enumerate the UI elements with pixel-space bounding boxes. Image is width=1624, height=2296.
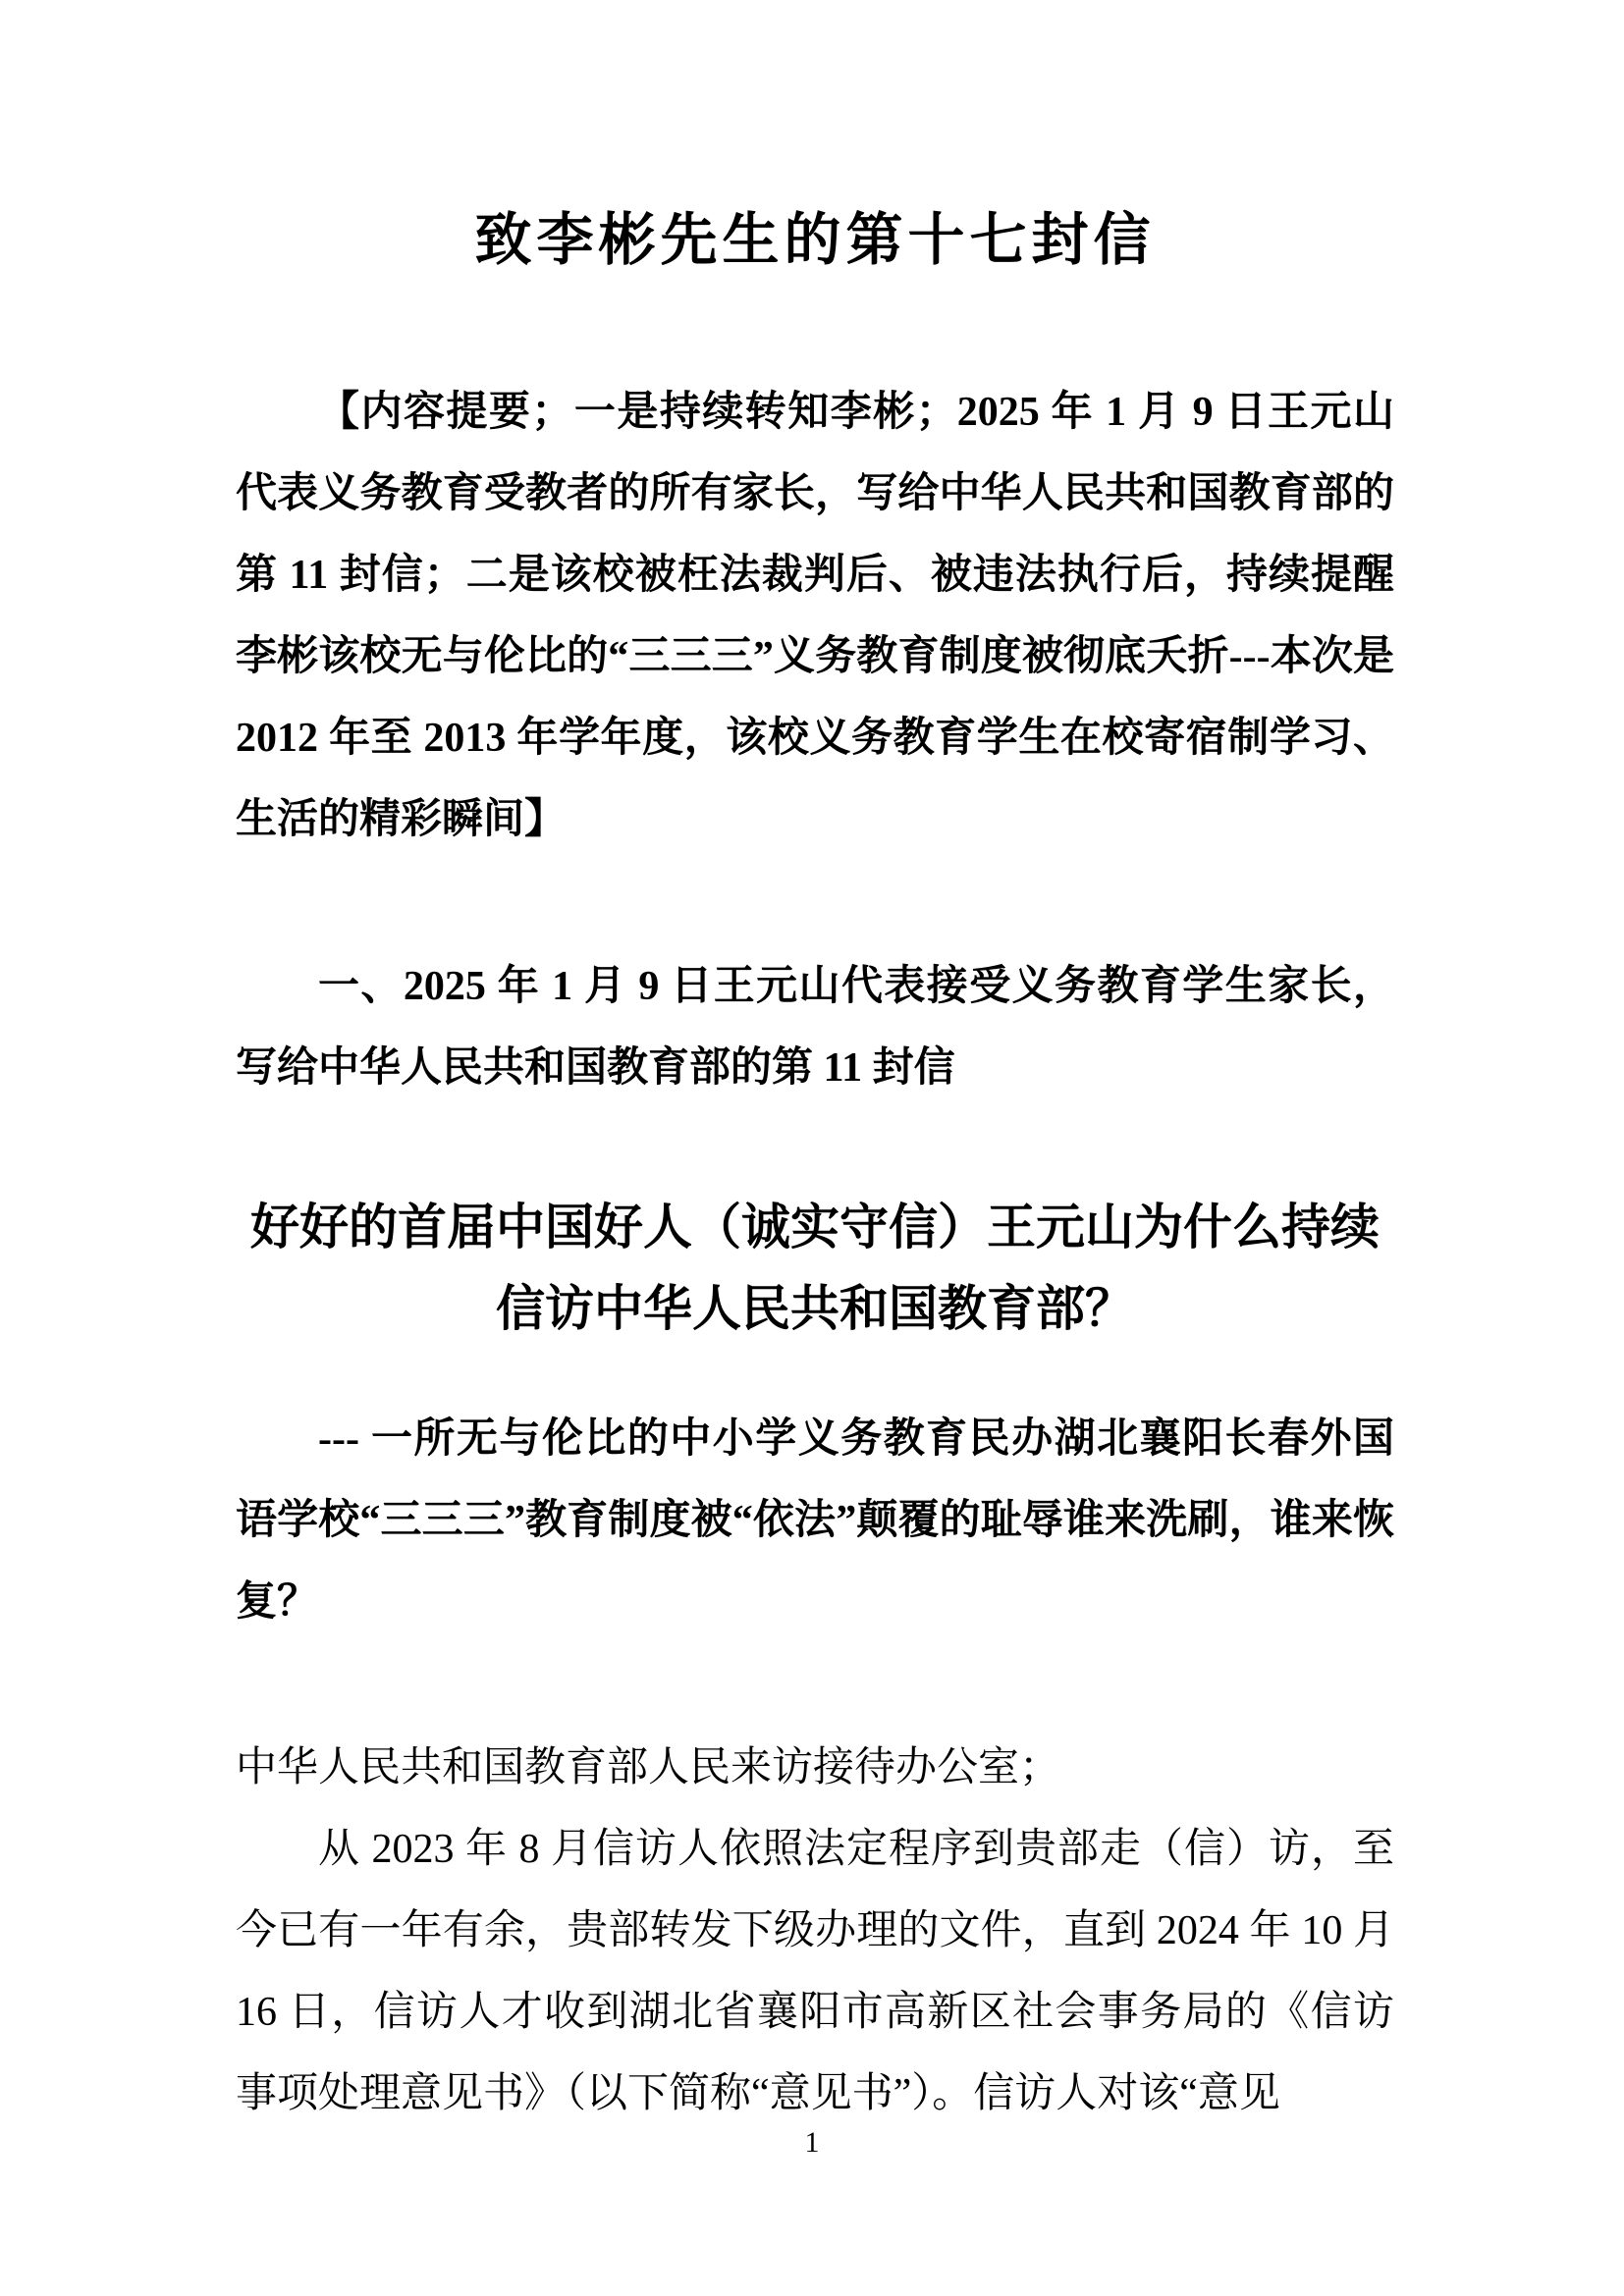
- section-1-heading: 一、2025 年 1 月 9 日王元山代表接受义务教育学生家长，写给中华人民共和…: [236, 946, 1394, 1109]
- body-paragraph: 从 2023 年 8 月信访人依照法定程序到贵部走（信）访，至今已有一年有余，贵…: [236, 1809, 1394, 2135]
- document-page: 致李彬先生的第十七封信 【内容提要；一是持续转知李彬；2025 年 1 月 9 …: [0, 0, 1624, 2296]
- subheadline: --- 一所无与伦比的中小学义务教育民办湖北襄阳长春外国语学校“三三三”教育制度…: [236, 1399, 1394, 1643]
- page-number: 1: [0, 2123, 1624, 2163]
- document-title: 致李彬先生的第十七封信: [236, 206, 1394, 275]
- headline: 好好的首届中国好人（诚实守信）王元山为什么持续信访中华人民共和国教育部？: [236, 1187, 1394, 1350]
- salutation-line: 中华人民共和国教育部人民来访接待办公室；: [236, 1728, 1394, 1809]
- summary-paragraph: 【内容提要；一是持续转知李彬；2025 年 1 月 9 日王元山代表义务教育受教…: [236, 372, 1394, 861]
